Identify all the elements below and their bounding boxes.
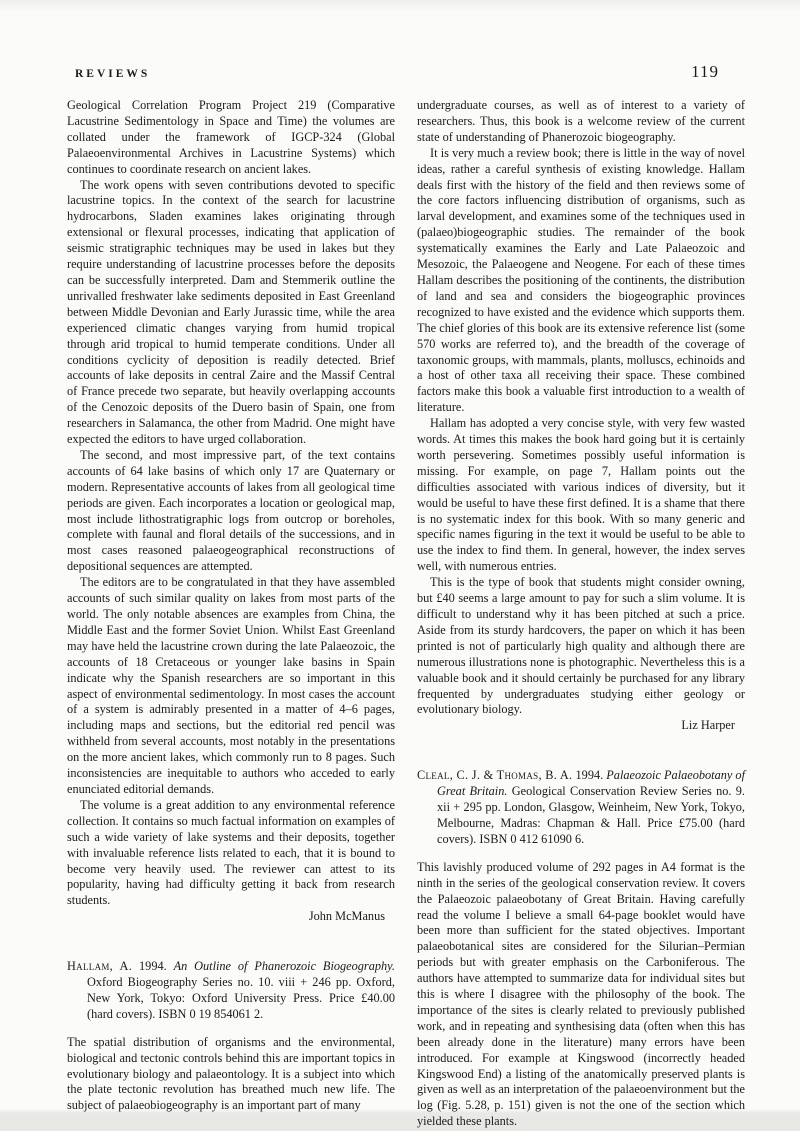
citation-details: Oxford Biogeography Series no. 10. viii … (87, 975, 395, 1021)
citation-authors: Hallam, A. (67, 959, 132, 973)
cleal-review-opening-paragraph: This lavishly produced volume of 292 pag… (417, 860, 745, 1130)
hallam-review-paragraph-4: This is the type of book that students m… (417, 575, 745, 718)
reviewer-signature-harper: Liz Harper (417, 718, 745, 734)
journal-scan-page: REVIEWS 119 Geological Correlation Progr… (0, 0, 800, 1131)
lakes-review-paragraph-5: The volume is a great addition to any en… (67, 798, 395, 909)
reviewer-signature-mcmanus: John McManus (67, 909, 395, 925)
citation-year: 1994. (576, 768, 604, 782)
right-column: undergraduate courses, as well as of int… (417, 98, 745, 1130)
lakes-review-paragraph-1: Geological Correlation Program Project 2… (67, 98, 395, 178)
lakes-review-paragraph-2: The work opens with seven contributions … (67, 178, 395, 448)
left-column: Geological Correlation Program Project 2… (67, 98, 395, 1130)
hallam-review-paragraph-3: Hallam has adopted a very concise style,… (417, 416, 745, 575)
two-column-text-block: Geological Correlation Program Project 2… (67, 98, 745, 1130)
running-header-title: REVIEWS (67, 68, 150, 80)
hallam-review-continued-paragraph: undergraduate courses, as well as of int… (417, 98, 745, 146)
citation-authors: Cleal, C. J. & Thomas, B. A. (417, 768, 572, 782)
book-citation-cleal: Cleal, C. J. & Thomas, B. A. 1994. Palae… (417, 768, 745, 848)
page-number: 119 (691, 62, 745, 82)
lakes-review-paragraph-3: The second, and most impressive part, of… (67, 448, 395, 575)
citation-book-title: An Outline of Phanerozoic Biogeography. (174, 959, 395, 973)
citation-year: 1994. (139, 959, 167, 973)
hallam-review-opening-paragraph: The spatial distribution of organisms an… (67, 1035, 395, 1115)
page-content: REVIEWS 119 Geological Correlation Progr… (67, 62, 745, 1130)
hallam-review-paragraph-2: It is very much a review book; there is … (417, 146, 745, 416)
lakes-review-paragraph-4: The editors are to be congratulated in t… (67, 575, 395, 798)
page-header: REVIEWS 119 (67, 62, 745, 82)
book-citation-hallam: Hallam, A. 1994. An Outline of Phanerozo… (67, 959, 395, 1023)
